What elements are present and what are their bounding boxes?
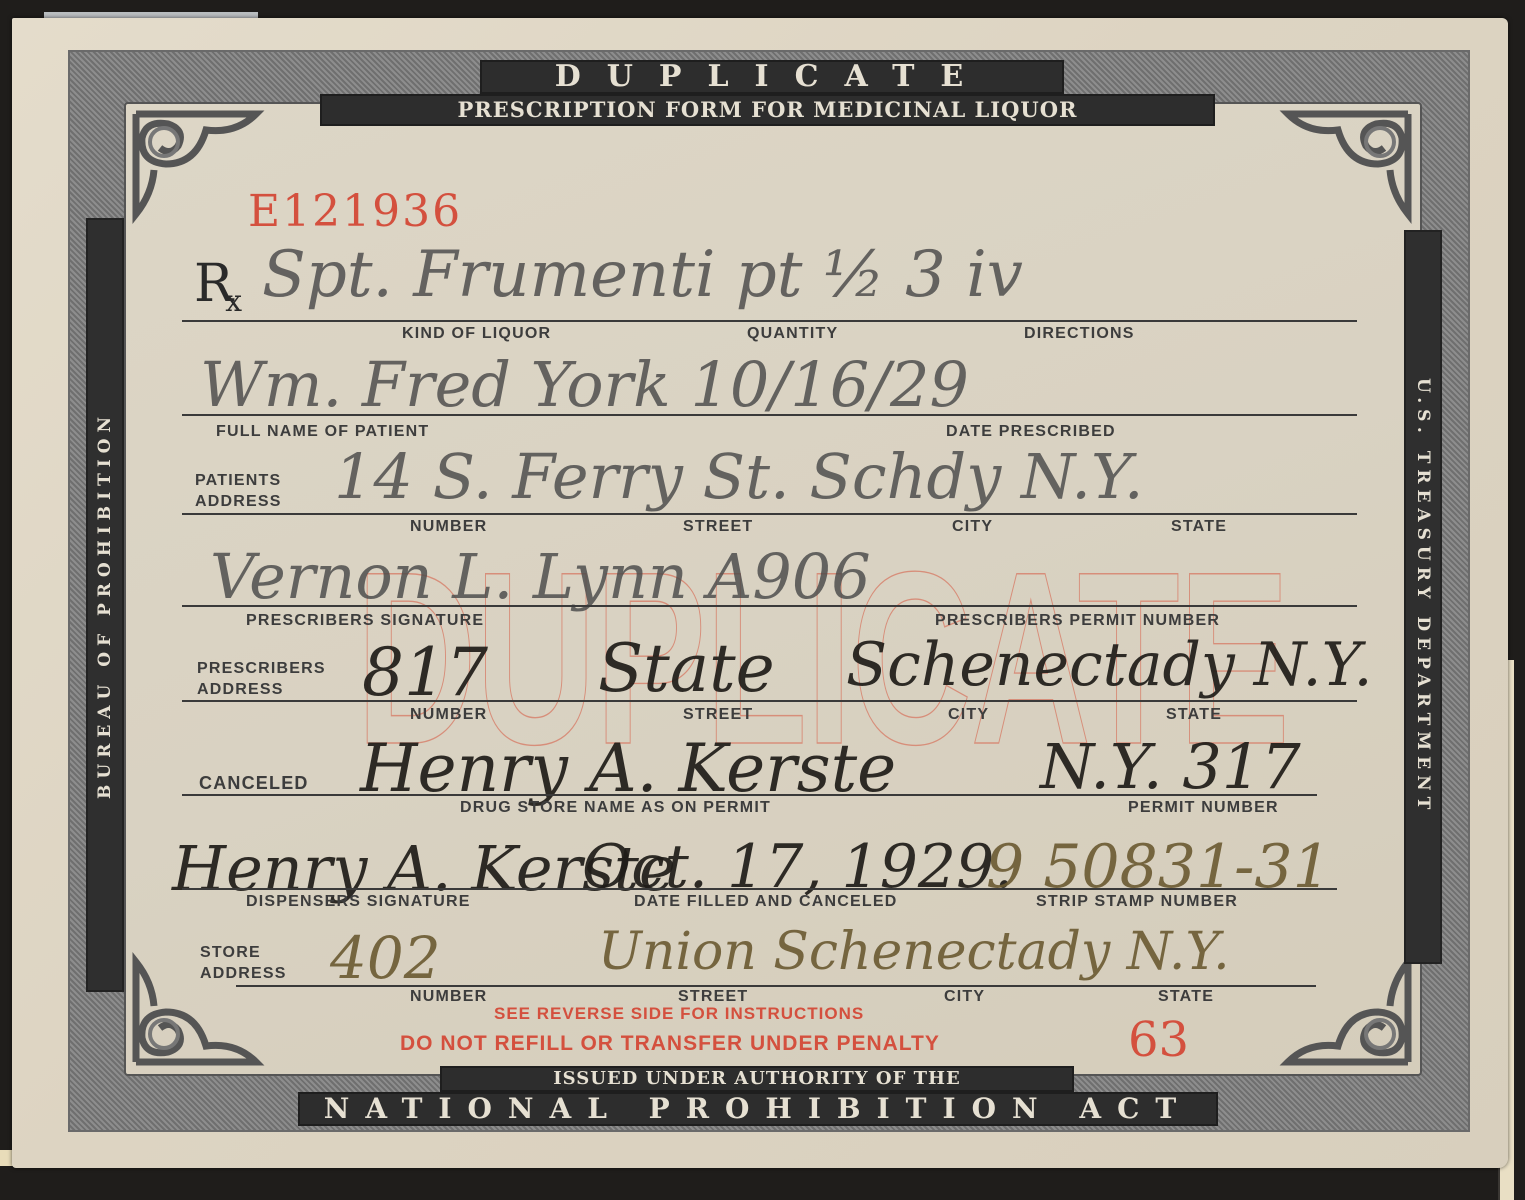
label-address: ADDRESS [195,493,282,510]
prescriber-city-handwriting: Schenectady N.Y. [846,630,1373,700]
label-store: STORE [200,944,261,961]
scroll-ornament-icon [126,104,266,224]
label-kind-of-liquor: KIND OF LIQUOR [402,325,551,343]
label-store-address: STOREADDRESS [200,942,287,984]
liquor-handwriting: Spt. Frumenti pt ½ 3 iv [262,238,1023,312]
date-filled-handwriting: Oct. 17, 1929. [582,832,1013,902]
rule-prescriber-address [182,700,1357,702]
rule-patient [182,414,1357,416]
patient-handwriting: Wm. Fred York 10/16/29 [200,348,969,421]
header-banner: DUPLICATE PRESCRIPTION FORM FOR MEDICINA… [320,58,1215,128]
label-date-prescribed: DATE PRESCRIBED [946,423,1116,441]
patient-address-handwriting: 14 S. Ferry St. Schdy N.Y. [334,440,1144,513]
label-prescribers-address: PRESCRIBERSADDRESS [197,658,326,700]
label-quantity: QUANTITY [747,325,838,343]
label-prescribers-permit-number: PRESCRIBERS PERMIT NUMBER [935,612,1220,630]
label-city: CITY [948,706,989,724]
strip-stamp-handwriting: 9 50831-31 [986,832,1331,902]
label-patients: PATIENTS [195,472,281,489]
side-band-right: U.S. TREASURY DEPARTMENT [1404,230,1442,964]
header-subtitle: PRESCRIPTION FORM FOR MEDICINAL LIQUOR [320,94,1215,126]
label-city: CITY [952,518,993,536]
footer-banner: ISSUED UNDER AUTHORITY OF THE NATIONAL P… [298,1066,1218,1126]
scroll-ornament-icon [1278,104,1418,224]
rule-liquor [182,320,1357,322]
permit-number-handwriting: N.Y. 317 [1040,730,1301,803]
rule-canceled [182,794,1317,796]
footer-line-2: NATIONAL PROHIBITION ACT [298,1092,1218,1126]
label-address: ADDRESS [200,965,287,982]
side-band-left: BUREAU OF PROHIBITION [86,218,124,992]
rx-symbol: Rx [194,254,250,314]
label-state: STATE [1166,706,1222,724]
label-drug-store-name: DRUG STORE NAME AS ON PERMIT [460,799,771,817]
label-street: STREET [683,706,753,724]
label-date-filled-and-canceled: DATE FILLED AND CANCELED [634,893,897,911]
rule-prescriber [182,605,1357,607]
header-title: DUPLICATE [480,60,1064,94]
prescriber-handwriting: Vernon L. Lynn A906 [210,540,871,613]
label-prescribers: PRESCRIBERS [197,660,326,677]
footer-line-1: ISSUED UNDER AUTHORITY OF THE [440,1066,1074,1092]
rx-subscript: x [225,284,242,319]
label-directions: DIRECTIONS [1024,325,1135,343]
label-dispensers-signature: DISPENSERS SIGNATURE [246,893,471,911]
prescriber-street-handwriting: State [598,630,775,707]
rule-dispenser [182,888,1337,890]
label-street: STREET [683,518,753,536]
label-full-name-of-patient: FULL NAME OF PATIENT [216,423,429,441]
label-state: STATE [1171,518,1227,536]
notice-do-not-refill: DO NOT REFILL OR TRANSFER UNDER PENALTY [400,1032,940,1056]
scroll-ornament-icon [1278,952,1418,1072]
label-number: NUMBER [410,518,487,536]
label-strip-stamp-number: STRIP STAMP NUMBER [1036,893,1238,911]
store-street-city-handwriting: Union Schenectady N.Y. [598,922,1230,982]
rule-store-address [236,985,1316,987]
label-number: NUMBER [410,706,487,724]
label-state: STATE [1158,988,1214,1006]
label-city: CITY [944,988,985,1006]
notice-see-reverse: SEE REVERSE SIDE FOR INSTRUCTIONS [494,1004,864,1024]
store-number-handwriting: 402 [330,924,441,992]
form-number: 63 [1128,1012,1189,1068]
label-address: ADDRESS [197,681,284,698]
label-permit-number: PERMIT NUMBER [1128,799,1279,817]
label-prescribers-signature: PRESCRIBERS SIGNATURE [246,612,484,630]
label-patients-address: PATIENTSADDRESS [195,470,282,512]
label-number: NUMBER [410,988,487,1006]
label-canceled: CANCELED [199,773,309,794]
serial-number: E121936 [248,186,462,237]
rule-patient-address [182,513,1357,515]
